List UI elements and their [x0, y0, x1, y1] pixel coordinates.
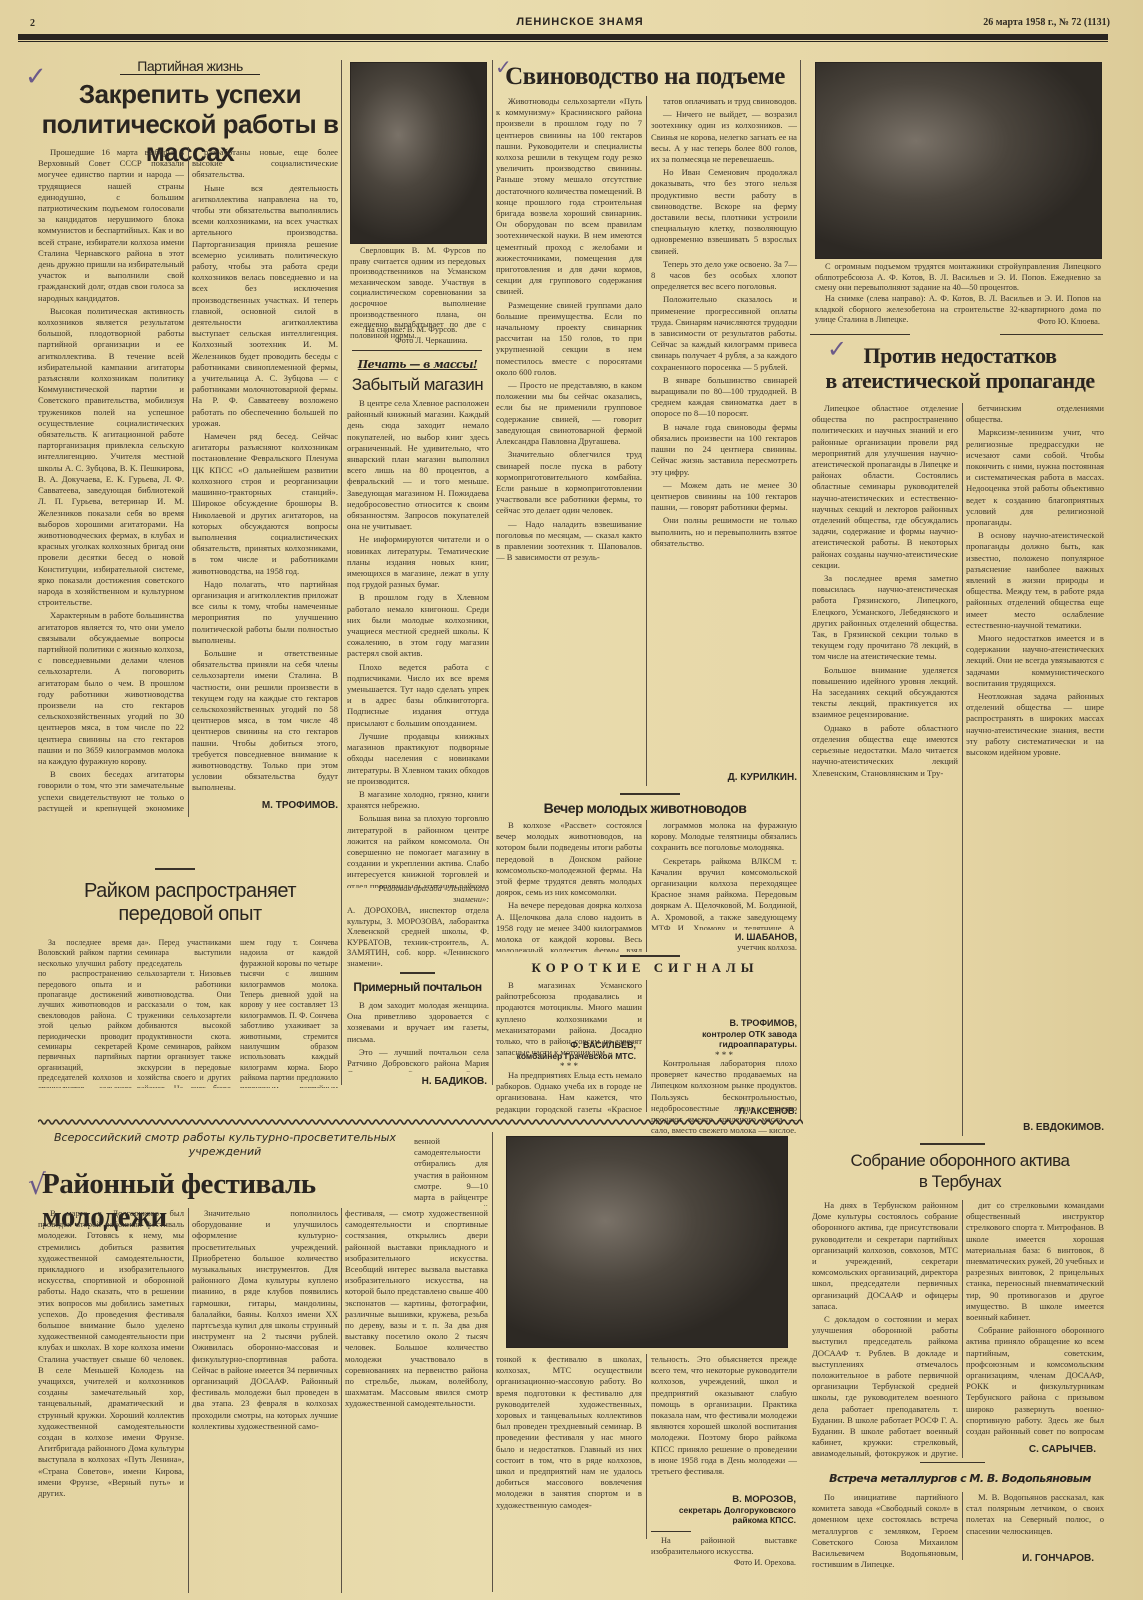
column-rule [341, 1208, 342, 1593]
paragraph: На днях в Тербунском районном Доме культ… [812, 1200, 958, 1312]
column-rule [492, 1132, 493, 1592]
signal-1-signature: Ф. ВАСИЛЬЕВ, [496, 1040, 636, 1050]
paragraph: Плохо ведется работа с подписчиками. Чис… [347, 662, 489, 729]
paragraph: Собрание районного оборонного актива при… [966, 1325, 1104, 1440]
festival-signature-role: секретарь Долгоруковского райкома КПСС. [651, 1505, 796, 1525]
defense-signature: С. САРЫЧЕВ. [966, 1444, 1096, 1455]
atheism-article-col1: Липецкое областное отделение общества по… [812, 403, 958, 1136]
festival-col1: В марте в Долгоруково был проведен второ… [38, 1208, 184, 1593]
rubric-party-life: Партийная жизнь [120, 58, 260, 75]
signal-3-signature: Л. АКСЕНОВ. [651, 1106, 797, 1116]
separator-rule [352, 350, 482, 351]
paragraph: В центре села Хлевное расположен районны… [347, 398, 489, 532]
column-rule [962, 1492, 963, 1560]
masthead-rule-thin [18, 41, 1108, 42]
column-rule [962, 403, 963, 1136]
pigs-article-col1: Животноводы сельхозартели «Путь к коммун… [496, 96, 642, 786]
party-signature: М. ТРОФИМОВ. [192, 800, 338, 811]
paragraph: Лучшие продавцы книжных магазинов практи… [347, 731, 489, 787]
paragraph: Не информируются читатели и о новинках л… [347, 534, 489, 590]
shop-members: А. ДОРОХОВА, инспектор отдела культуры, … [347, 906, 489, 970]
separator-rule [920, 1143, 985, 1145]
column-rule [341, 60, 342, 1085]
column-rule [646, 1354, 647, 1539]
paragraph: Значительно облегчился труд свинарей пос… [496, 449, 642, 516]
festival-photo-caption: На районной выставке изобразительного ис… [651, 1536, 797, 1557]
paragraph: Размещение свиней группами дало большие … [496, 300, 642, 378]
photo-fursov-on-photo: На снимке: В. М. Фурсов. [365, 325, 485, 336]
photo-festival-exhibition [506, 1136, 788, 1348]
festival-photo-credit: Фото И. Орехова. [651, 1558, 796, 1569]
headline-short-signals: КОРОТКИЕ СИГНАЛЫ [495, 960, 795, 976]
paragraph: В начале года свиноводы фермы обязались … [651, 422, 797, 478]
separator-rule [620, 793, 680, 795]
headline-atheism-2: в атеистической пропаганде [810, 368, 1110, 394]
headline-meeting: Встреча металлургов с М. В. Водопьяновым [810, 1472, 1110, 1485]
headline-pigs: Свиноводство на подъеме [495, 63, 795, 91]
evening-col2: лограммов молока на фуражную корову. Мол… [651, 820, 797, 930]
paragraph: Марксизм-ленинизм учит, что религиозные … [966, 427, 1104, 528]
atheism-signature: В. ЕВДОКИМОВ. [966, 1122, 1104, 1133]
meeting-col2: М. В. Водопьянов рассказал, как стал пол… [966, 1492, 1104, 1537]
newspaper-title: ЛЕНИНСКОЕ ЗНАМЯ [480, 16, 680, 28]
paragraph: — Можем дать не менее 30 центнеров свини… [651, 480, 797, 514]
separator-rule [1000, 334, 1103, 335]
rubric-press: Печать — в массы! [350, 358, 485, 371]
raikom-col3: шем году т. Сончева надоила от каждой фу… [240, 938, 338, 1088]
pigs-article-col2: татов оплачивать и труд свиноводов.— Нич… [651, 96, 797, 761]
paragraph: Большая вина за плохую торговлю литерату… [347, 813, 489, 888]
column-rule [646, 96, 647, 786]
paragraph: Животноводы сельхозартели «Путь к коммун… [496, 96, 642, 298]
paragraph: На вечере передовая доярка колхоза А. Ще… [496, 900, 642, 952]
paragraph: За последнее время заметно повысилась на… [812, 573, 958, 663]
paragraph: Секретарь райкома ВЛКСМ т. Качалин вручи… [651, 856, 797, 930]
paragraph: Много недостатков имеется и в содержании… [966, 633, 1104, 689]
paragraph: Положительно сказалось и применение прог… [651, 294, 797, 372]
paragraph: Ныне вся деятельность агитколлектива нап… [192, 183, 338, 429]
paragraph: — Просто не представляю, в каком положен… [496, 380, 642, 447]
masthead-rule [18, 34, 1108, 40]
rubric-festival: Всероссийский смотр работы культурно-про… [50, 1131, 400, 1159]
evening-col1: В колхозе «Рассвет» состоялся вечер моло… [496, 820, 642, 952]
paragraph: В колхозе «Рассвет» состоялся вечер моло… [496, 820, 642, 898]
headline-party: Закрепить успехи [40, 80, 340, 108]
paragraph: В основу научно-атеистической пропаганды… [966, 530, 1104, 631]
postman-article-body: В дом заходит молодая женщина. Она приве… [347, 1000, 489, 1072]
separator-rule [620, 955, 680, 957]
paragraph: Большое внимание уделяется повышению иде… [812, 665, 958, 721]
headline-defense-2: в Тербунах [810, 1171, 1110, 1192]
headline-atheism: Против недостатков [810, 343, 1110, 369]
paragraph: — Ничего не выйдет, — возразил зоотехник… [651, 109, 797, 165]
headline-postman: Примерный почтальон [345, 980, 490, 994]
photo-builders-credit: Фото Ю. Клюева. [1010, 317, 1100, 328]
paragraph: Прошедшие 16 марта выборы в Верховный Со… [38, 147, 184, 304]
pigs-signature: Д. КУРИЛКИН. [651, 772, 797, 783]
photo-fursov [350, 62, 487, 244]
festival-col3: фестиваля, — смотр художественной самоде… [345, 1208, 488, 1593]
paragraph: Теперь это дело уже освоено. За 7—8 часо… [651, 259, 797, 293]
paragraph: Намечен ряд бесед. Сейчас агитаторы разъ… [192, 431, 338, 577]
column-rule [646, 980, 647, 1112]
paragraph: В дом заходит молодая женщина. Она приве… [347, 1000, 489, 1045]
shop-article-body: В центре села Хлевное расположен районны… [347, 398, 489, 888]
page-number: 2 [30, 18, 35, 29]
signal-2-text: На предприятиях Ельца есть немало рабкор… [496, 1070, 642, 1114]
paragraph: Большие и ответственные обязательства пр… [192, 648, 338, 792]
paragraph: Но Иван Семенович продолжал доказывать, … [651, 167, 797, 257]
separator-rule [651, 1531, 691, 1532]
festival-col5: тельность. Это объясняется прежде всего … [651, 1354, 797, 1489]
evening-signature-role: учетчик колхоза. [651, 943, 797, 954]
photo-builders-caption: С огромным подъемом трудятся монтажники … [815, 262, 1101, 294]
newspaper-page: 2 ЛЕНИНСКОЕ ЗНАМЯ 26 марта 1958 г., № 72… [0, 0, 1143, 1600]
paragraph: Неотложная задача районных отделений общ… [966, 691, 1104, 758]
signal-2-signature: В. ТРОФИМОВ, [651, 1018, 797, 1028]
paragraph: В своих беседах агитаторы говорили о том… [38, 769, 184, 812]
paragraph: Характерным в работе большинства агитато… [38, 610, 184, 767]
paragraph: В январе большинство свинарей выращивали… [651, 375, 797, 420]
defense-col2: дит со стрелковыми командами общественны… [966, 1200, 1104, 1440]
paragraph: дит со стрелковыми командами общественны… [966, 1200, 1104, 1323]
column-rule [188, 1208, 189, 1593]
column-rule [962, 1200, 963, 1458]
separator-rule [400, 972, 435, 974]
raikom-col2: да». Перед участниками семинара выступил… [137, 938, 231, 1088]
paragraph: — Надо наладить взвешивание поголовья по… [496, 519, 642, 564]
paragraph: разработаны новые, еще более высокие соц… [192, 147, 338, 181]
paragraph: татов оплачивать и труд свиноводов. [651, 96, 797, 107]
paragraph: С докладом о состоянии и мерах улучшения… [812, 1314, 958, 1458]
atheism-article-col2: бетчинским отделениями общества.Марксизм… [966, 403, 1104, 1108]
paragraph: В магазине холодно, грязно, книги хранят… [347, 789, 489, 811]
party-article-col1: Прошедшие 16 марта выборы в Верховный Со… [38, 147, 184, 812]
paragraph: лограммов молока на фуражную корову. Мол… [651, 820, 797, 854]
festival-col4: тонкой к фестивалю в школах, колхозах, М… [496, 1354, 642, 1539]
paragraph: Это — лучший почтальон села Ратчино Добр… [347, 1047, 489, 1072]
raikom-col1: За последнее время Воловский райком парт… [38, 938, 132, 1088]
festival-col4-top: венной самодеятельности отбирались для у… [414, 1136, 488, 1206]
postman-signature: Н. БАДИКОВ. [347, 1076, 487, 1087]
signal-1-role: комбайнер Грачевской МТС. [496, 1051, 636, 1061]
separator-rule [810, 334, 910, 335]
paragraph: Липецкое областное отделение общества по… [812, 403, 958, 571]
evening-signature: И. ШАБАНОВ, [651, 932, 797, 942]
headline-raikom: Райком распространяет [40, 880, 340, 903]
separator-rule [920, 1462, 985, 1463]
issue-date: 26 марта 1958 г., № 72 (1131) [870, 17, 1110, 28]
meeting-signature: И. ГОНЧАРОВ. [966, 1553, 1094, 1564]
column-rule [492, 60, 493, 1085]
photo-fursov-credit: Фото Л. Черкашина. [395, 336, 485, 347]
headline-shop: Забытый магазин [345, 375, 490, 395]
meeting-col1: По инициативе партийного комитета завода… [812, 1492, 958, 1570]
paragraph: Надо полагать, что партийная организация… [192, 579, 338, 646]
festival-col2: Значительно пополнилось оборудование и у… [192, 1208, 338, 1593]
paragraph: В прошлом году в Хлевном работало немало… [347, 592, 489, 659]
column-rule [646, 820, 647, 952]
paragraph: Высокая политическая активность колхозни… [38, 306, 184, 608]
paragraph: Однако в работе областного отделения общ… [812, 723, 958, 779]
party-article-col2: разработаны новые, еще более высокие соц… [192, 147, 338, 792]
headline-defense: Собрание оборонного актива [810, 1150, 1110, 1171]
paragraph: бетчинским отделениями общества. [966, 403, 1104, 425]
column-rule [800, 60, 801, 1120]
photo-builders [815, 62, 1102, 259]
wavy-divider [38, 1118, 803, 1126]
headline-raikom-2: передовой опыт [40, 903, 340, 926]
festival-signature: В. МОРОЗОВ, [651, 1494, 796, 1505]
paragraph: Они полны решимости не только выполнить,… [651, 515, 797, 549]
separator-rule [155, 868, 195, 870]
defense-col1: На днях в Тербунском районном Доме культ… [812, 1200, 958, 1458]
column-rule [188, 147, 189, 817]
shop-brigade: Рейдовая бригада «Ленинского знамени»: [365, 884, 489, 905]
headline-evening: Вечер молодых животноводов [495, 800, 795, 816]
